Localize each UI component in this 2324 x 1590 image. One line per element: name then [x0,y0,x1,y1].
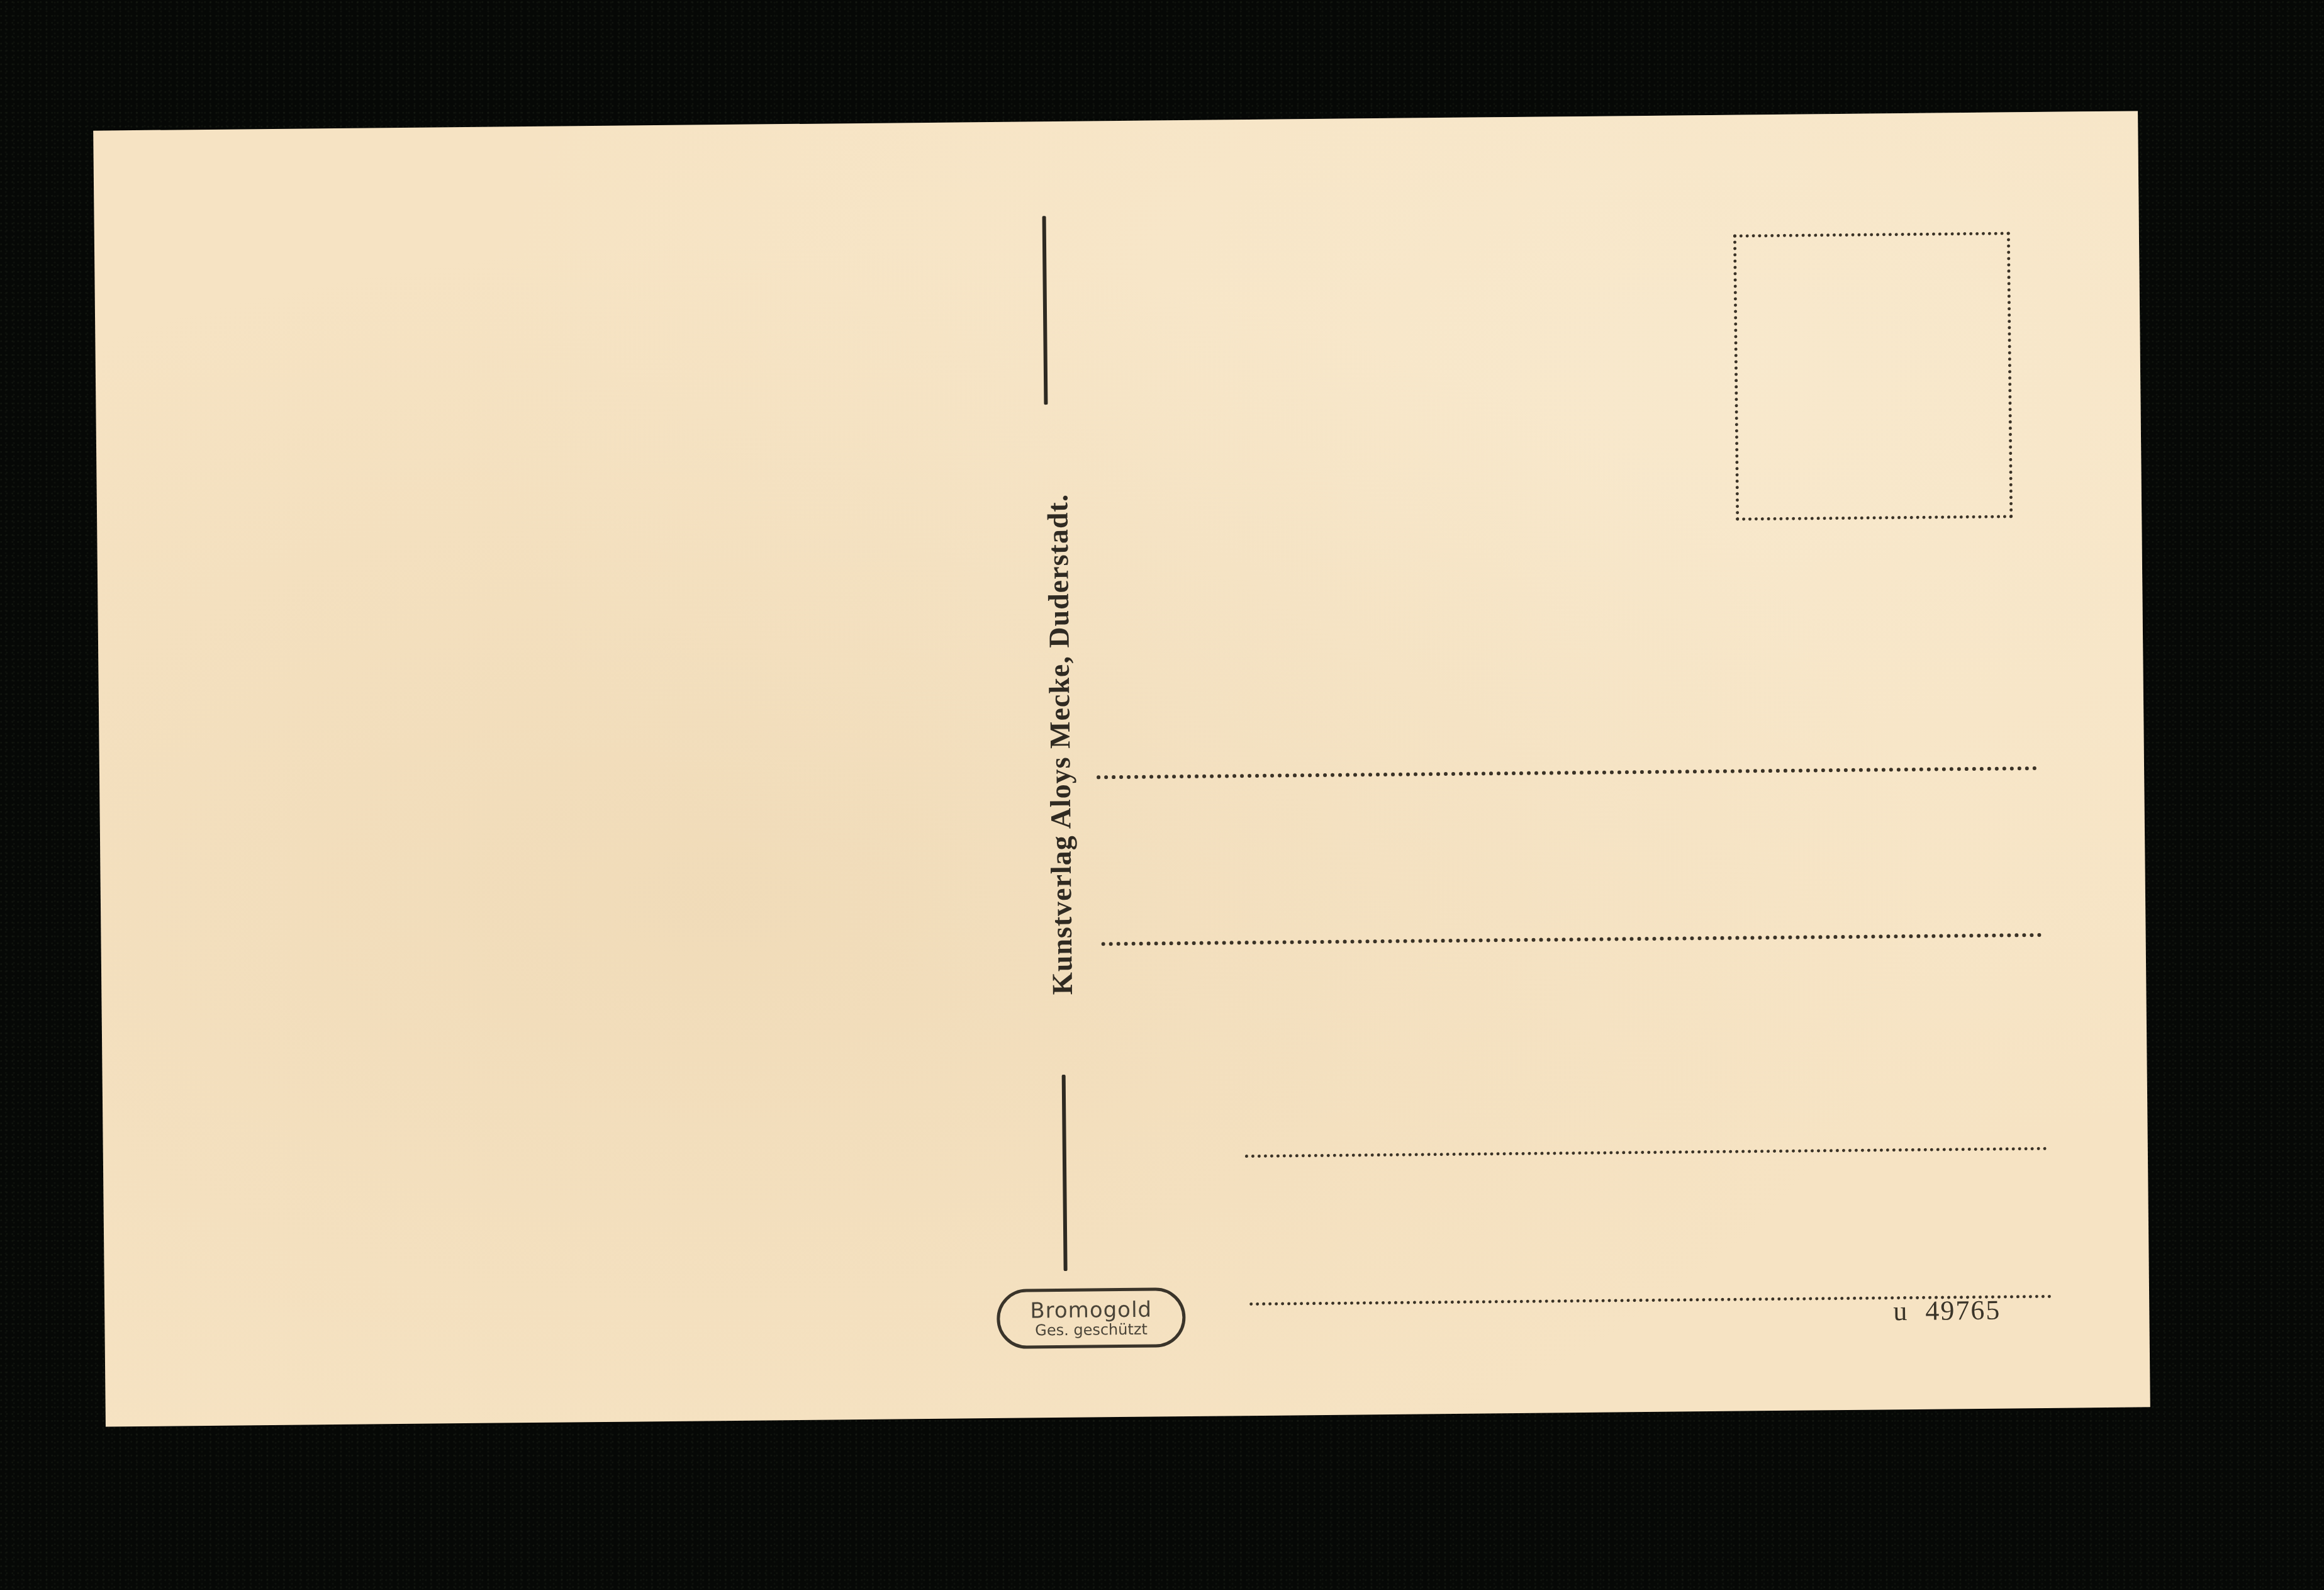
postcard: Kunstverlag Aloys Mecke, Duderstadt. Bro… [93,111,2150,1426]
stamp-placeholder-box [1733,232,2013,520]
serial-number: u 49765 [1893,1294,2001,1328]
address-line-2 [1102,933,2042,946]
divider-rule-top [1042,216,1048,405]
divider-rule-bottom [1062,1075,1068,1271]
publisher-imprint: Kunstverlag Aloys Mecke, Duderstadt. [1041,494,1079,995]
brand-name: Bromogold [1030,1299,1152,1321]
brand-subtitle: Ges. geschützt [1035,1321,1148,1338]
address-line-3 [1245,1147,2047,1158]
bromogold-stamp: Bromogold Ges. geschützt [997,1287,1186,1349]
address-line-1 [1097,766,2037,779]
